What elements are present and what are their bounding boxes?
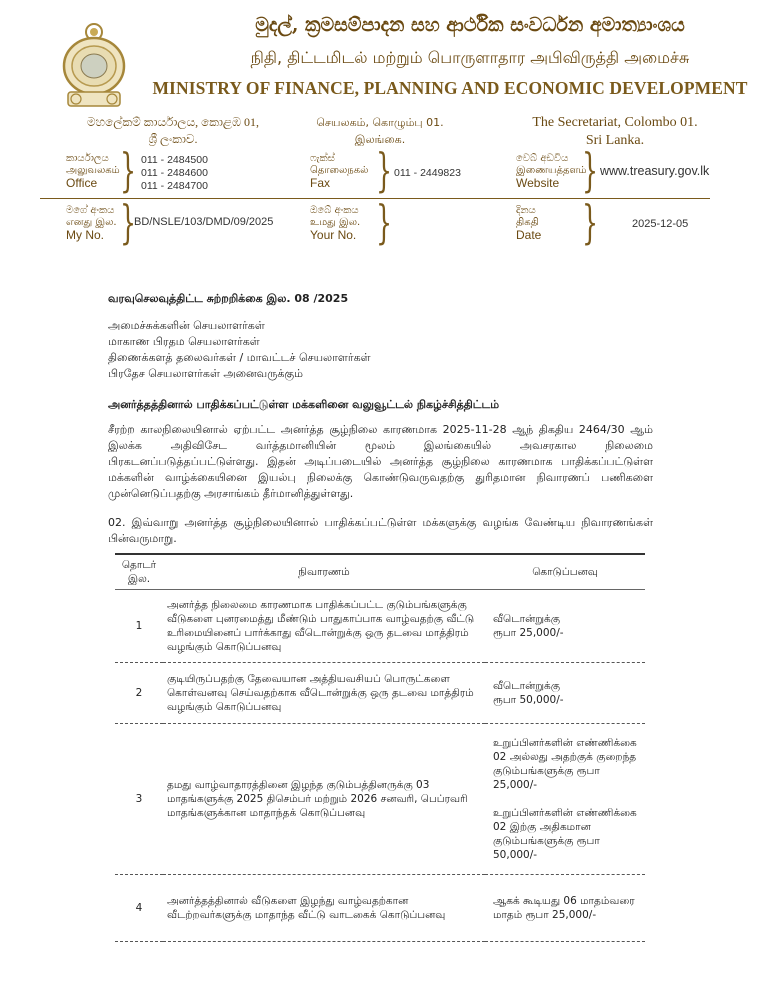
brace-icon: } xyxy=(120,150,136,190)
paragraph-1: சீரற்ற காலநிலையினால் ஏற்பட்ட அனர்த்த சூழ… xyxy=(108,422,653,502)
office-phone-numbers: 011 - 2484500 011 - 2484600 011 - 248470… xyxy=(141,154,208,193)
header-relief: நிவாரணம் xyxy=(163,554,485,590)
subject-heading: அனர்த்தத்தினால் பாதிக்கப்பட்டுள்ள மக்களி… xyxy=(108,397,499,413)
recipient: திணைக்களத் தலைவர்கள் / மாவட்டச் செயலாளர்… xyxy=(108,350,371,366)
payment-amount: ஆகக் கூடியது 06 மாதம்வரை மாதம் ரூபா 25,0… xyxy=(485,875,645,942)
brace-icon: } xyxy=(376,150,392,190)
letter-date: 2025-12-05 xyxy=(632,218,688,231)
payment-amount: வீடொன்றுக்கு ரூபா 25,000/- xyxy=(485,590,645,663)
table-row: 2 குடியிருப்பதற்கு தேவையான அத்தியவசியப் … xyxy=(115,663,645,724)
brace-icon: } xyxy=(582,202,598,242)
circular-number: வரவுசெலவுத்திட்ட சுற்றறிக்கை இல. 08 /202… xyxy=(108,291,348,307)
fax-number: 011 - 2449823 xyxy=(394,167,461,180)
table-header-row: தொடர் இல. நிவாரணம் கொடுப்பனவு xyxy=(115,554,645,590)
my-reference-number: BD/NSLE/103/DMD/09/2025 xyxy=(134,216,273,229)
serial-no: 1 xyxy=(115,590,163,663)
relief-table: தொடர் இல. நிவாரணம் கொடுப்பனவு 1 அனர்த்த … xyxy=(115,553,645,942)
header-payment: கொடுப்பனவு xyxy=(485,554,645,590)
address-sinhala: මහලේකම් කාර්යාලය, කොළඹ 01, ශ්‍රී ලංකාව. xyxy=(58,114,288,148)
website-link[interactable]: www.treasury.gov.lk xyxy=(600,165,709,178)
address-english: The Secretariat, Colombo 01. Sri Lanka. xyxy=(520,114,710,150)
recipient: மாகாண பிரதம செயலாளர்கள் xyxy=(108,334,371,350)
my-no-label: මගේ අංකය எனது இல. My No. xyxy=(66,205,126,241)
ministry-title-english: MINISTRY OF FINANCE, PLANNING AND ECONOM… xyxy=(140,78,760,99)
paragraph-2: 02. இவ்வாறு அனர்த்த சூழ்நிலையினால் பாதிக… xyxy=(108,515,653,547)
header-serial-no: தொடர் இல. xyxy=(115,554,163,590)
table-row: 4 அனர்த்தத்தினால் வீடுகளை இழந்து வாழ்வதற… xyxy=(115,875,645,942)
payment-amount: வீடொன்றுக்கு ரூபா 50,000/- xyxy=(485,663,645,724)
relief-description: அனர்த்தத்தினால் வீடுகளை இழந்து வாழ்வதற்க… xyxy=(163,875,485,942)
relief-description: குடியிருப்பதற்கு தேவையான அத்தியவசியப் பொ… xyxy=(163,663,485,724)
table-row: 3 தமது வாழ்வாதாரத்தினை இழந்த குடும்பத்தி… xyxy=(115,724,645,875)
payment-amount: உறுப்பினர்களின் எண்ணிக்கை 02 அல்லது அதற்… xyxy=(485,724,645,875)
national-emblem-icon xyxy=(58,20,130,108)
ministry-title-tamil: நிதி, திட்டமிடல் மற்றும் பொருளாதார அபிவி… xyxy=(190,48,750,69)
table-row: 1 அனர்த்த நிலைமை காரணமாக பாதிக்கப்பட்ட க… xyxy=(115,590,645,663)
serial-no: 4 xyxy=(115,875,163,942)
ministry-title-sinhala: මුදල්, ක්‍රමසම්පාදන සහ ආර්ථික සංවර්ධන අම… xyxy=(190,14,750,36)
header-divider xyxy=(40,198,710,199)
serial-no: 2 xyxy=(115,663,163,724)
brace-icon: } xyxy=(376,202,392,242)
relief-description: தமது வாழ்வாதாரத்தினை இழந்த குடும்பத்தினர… xyxy=(163,724,485,875)
office-label: කාර්යාලය அலுவலகம் Office xyxy=(66,153,126,189)
recipient: அமைச்சுக்களின் செயலாளர்கள் xyxy=(108,318,371,334)
recipients-list: அமைச்சுக்களின் செயலாளர்கள் மாகாண பிரதம ச… xyxy=(108,318,371,382)
serial-no: 3 xyxy=(115,724,163,875)
brace-icon: } xyxy=(582,150,598,190)
recipient: பிரதேச செயலாளர்கள் அனைவருக்கும் xyxy=(108,366,371,382)
relief-description: அனர்த்த நிலைமை காரணமாக பாதிக்கப்பட்ட குட… xyxy=(163,590,485,663)
